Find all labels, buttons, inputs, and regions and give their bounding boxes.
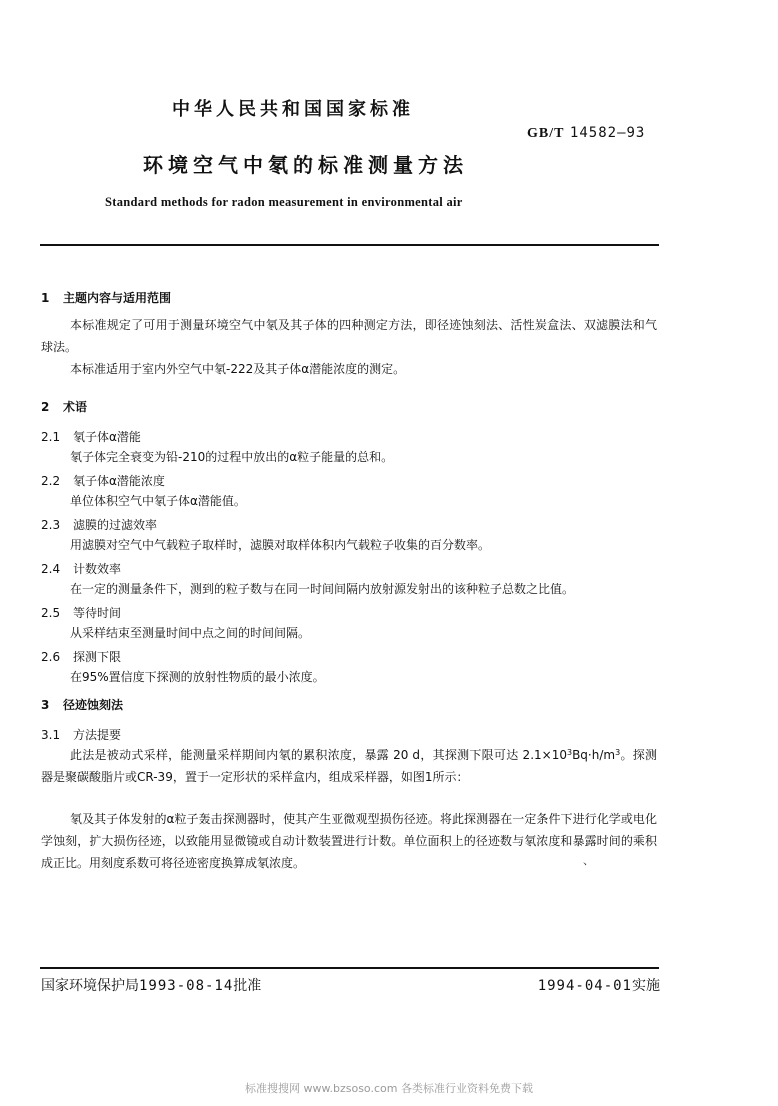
section-heading-2: 2术语 (41, 398, 87, 415)
paragraph: 氡及其子体发射的α粒子轰击探测器时，使其产生亚微观型损伤径迹。将此探测器在一定条… (41, 808, 657, 874)
subsection-number: 3.1 (41, 728, 73, 742)
approval-date: 1993-08-14 (139, 978, 233, 994)
term-item: 2.5等待时间 (41, 604, 121, 621)
approval-label: 批准 (233, 978, 261, 994)
footer-rule (40, 967, 659, 969)
paragraph: 本标准规定了可用于测量环境空气中氡及其子体的四种测定方法，即径迹蚀刻法、活性炭盒… (41, 314, 657, 358)
nation-standard-title: 中华人民共和国国家标准 (172, 95, 414, 121)
scan-artifact-mark: 、 (583, 852, 594, 868)
term-definition: 用滤膜对空气中气载粒子取样时，滤膜对取样体积内气载粒子收集的百分数率。 (70, 534, 490, 556)
paragraph-text: 此法是被动式采样，能测量采样期间内氡的累积浓度，暴露 20 d，其探测下限可达 … (70, 748, 567, 762)
section-title: 主题内容与适用范围 (63, 291, 171, 305)
term-item: 2.3滤膜的过滤效率 (41, 516, 157, 533)
paragraph-text: Bq·h/m (572, 748, 615, 762)
effective-info: 1994-04-01实施 (538, 975, 660, 995)
section-number: 3 (41, 698, 63, 712)
term-definition: 在一定的测量条件下，测到的粒子数与在同一时间间隔内放射源发射出的该种粒子总数之比… (70, 578, 574, 600)
paragraph: 此法是被动式采样，能测量采样期间内氡的累积浓度，暴露 20 d，其探测下限可达 … (41, 742, 657, 788)
watermark: 标准搜搜网 www.bzsoso.com 各类标准行业资料免费下载 (0, 1080, 778, 1096)
effective-label: 实施 (632, 978, 660, 994)
term-title: 探测下限 (73, 650, 121, 664)
standard-code: GB/T 14582—93 (527, 125, 645, 142)
header-rule (40, 244, 659, 246)
term-number: 2.1 (41, 430, 73, 444)
term-title: 氡子体α潜能浓度 (73, 474, 165, 488)
term-definition: 从采样结束至测量时间中点之间的时间间隔。 (70, 622, 310, 644)
section-title: 术语 (63, 400, 87, 414)
section-heading-1: 1主题内容与适用范围 (41, 289, 171, 306)
term-number: 2.5 (41, 606, 73, 620)
effective-date: 1994-04-01 (538, 978, 632, 994)
subsection-heading: 3.1方法提要 (41, 726, 121, 743)
term-item: 2.1氡子体α潜能 (41, 428, 141, 445)
term-item: 2.4计数效率 (41, 560, 121, 577)
document-title: 环境空气中氡的标准测量方法 (143, 149, 468, 178)
term-number: 2.4 (41, 562, 73, 576)
term-title: 等待时间 (73, 606, 121, 620)
section-title: 径迹蚀刻法 (63, 698, 123, 712)
term-definition: 氡子体完全衰变为铅-210的过程中放出的α粒子能量的总和。 (70, 446, 393, 468)
approval-info: 国家环境保护局1993-08-14批准 (41, 975, 261, 995)
term-number: 2.3 (41, 518, 73, 532)
subsection-title: 方法提要 (73, 728, 121, 742)
term-definition: 在95%置信度下探测的放射性物质的最小浓度。 (70, 666, 325, 688)
approver: 国家环境保护局 (41, 978, 139, 994)
document-title-english: Standard methods for radon measurement i… (105, 195, 463, 210)
standard-code-prefix: GB/T (527, 126, 564, 141)
term-item: 2.2氡子体α潜能浓度 (41, 472, 165, 489)
term-title: 氡子体α潜能 (73, 430, 141, 444)
section-number: 1 (41, 291, 63, 305)
term-item: 2.6探测下限 (41, 648, 121, 665)
term-definition: 单位体积空气中氡子体α潜能值。 (70, 490, 246, 512)
term-title: 计数效率 (73, 562, 121, 576)
paragraph: 本标准适用于室内外空气中氡-222及其子体α潜能浓度的测定。 (41, 358, 657, 380)
standard-code-number: 14582—93 (570, 125, 645, 141)
term-title: 滤膜的过滤效率 (73, 518, 157, 532)
term-number: 2.2 (41, 474, 73, 488)
section-heading-3: 3径迹蚀刻法 (41, 696, 123, 713)
section-number: 2 (41, 400, 63, 414)
term-number: 2.6 (41, 650, 73, 664)
